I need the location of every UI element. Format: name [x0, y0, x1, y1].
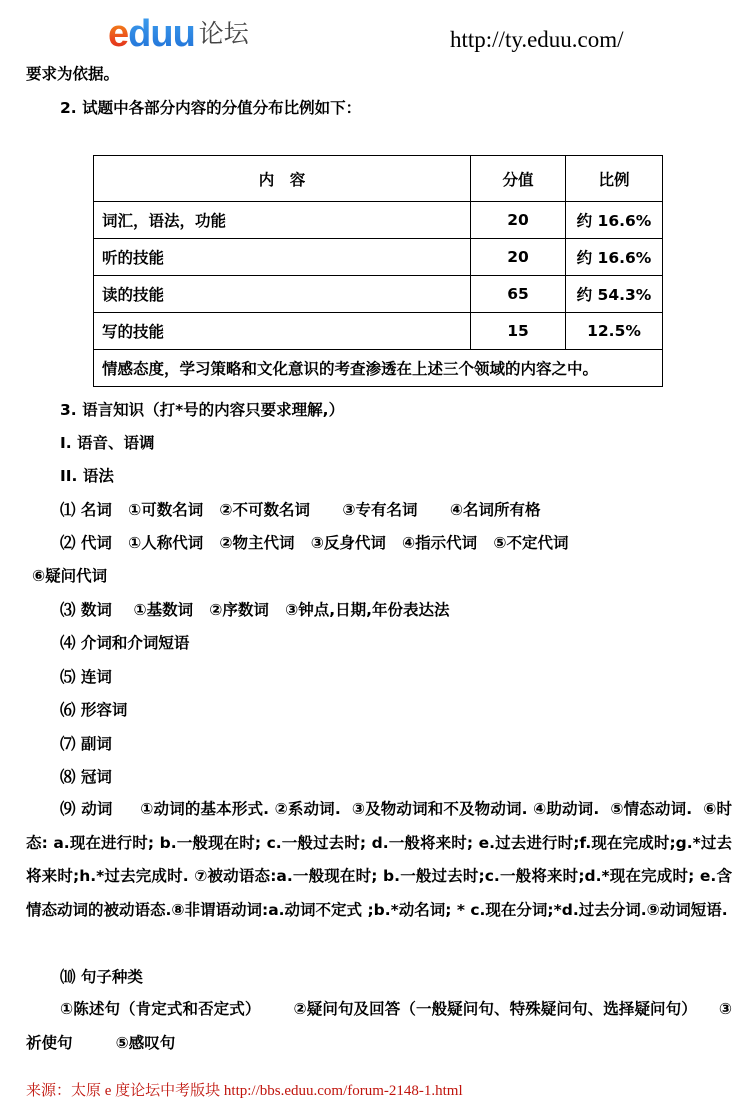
grammar-item-6: ⑹ 形容词	[60, 700, 127, 720]
table-row: 写的技能 15 12.5%	[94, 313, 663, 350]
source-footer[interactable]: 来源：太原 e 度论坛中考版块 http://bbs.eduu.com/foru…	[26, 1079, 463, 1100]
header-score: 分值	[471, 156, 566, 202]
eduu-logo: e duu 论坛	[108, 14, 249, 54]
score-distribution-table: 内 容 分值 比例 词汇，语法，功能 20 约 16.6% 听的技能 20 约 …	[93, 155, 663, 387]
row-ratio: 12.5%	[566, 313, 663, 350]
grammar-item-5: ⑸ 连词	[60, 667, 112, 687]
grammar-item-10: ⑽ 句子种类	[60, 967, 143, 987]
grammar-item-3: ⑶ 数词 ①基数词 ②序数词 ③钟点,日期,年份表达法	[60, 600, 450, 620]
grammar-item-9-verbs: ⑼ 动词 ①动词的基本形式. ②系动词. ③及物动词和不及物动词. ④助动词. …	[26, 793, 732, 927]
row-content: 听的技能	[94, 239, 471, 276]
logo-e: e	[108, 14, 128, 54]
grammar-item-4: ⑷ 介词和介词短语	[60, 633, 189, 653]
grammar-item-10-body: ①陈述句（肯定式和否定式） ②疑问句及回答（一般疑问句、特殊疑问句、选择疑问句）…	[26, 993, 732, 1060]
section-3-heading: 3. 语言知识（打*号的内容只要求理解,）	[60, 400, 344, 420]
grammar-item-7: ⑺ 副词	[60, 734, 112, 754]
grammar-item-1: ⑴ 名词 ①可数名词 ②不可数名词 ③专有名词 ④名词所有格	[60, 500, 541, 520]
grammar-item-2-cont: ⑥疑问代词	[32, 566, 107, 586]
grammar-item-2: ⑵ 代词 ①人称代词 ②物主代词 ③反身代词 ④指示代词 ⑤不定代词	[60, 533, 568, 553]
header-content: 内 容	[94, 156, 471, 202]
table-row: 读的技能 65 约 54.3%	[94, 276, 663, 313]
logo-duu: duu	[128, 14, 195, 54]
table-row: 词汇，语法，功能 20 约 16.6%	[94, 202, 663, 239]
row-score: 20	[471, 239, 566, 276]
table-header-row: 内 容 分值 比例	[94, 156, 663, 202]
row-ratio: 约 16.6%	[566, 239, 663, 276]
header-ratio: 比例	[566, 156, 663, 202]
row-ratio: 约 54.3%	[566, 276, 663, 313]
section-2-heading: 2. 试题中各部分内容的分值分布比例如下：	[60, 98, 361, 118]
table-row: 听的技能 20 约 16.6%	[94, 239, 663, 276]
intro-line: 要求为依据。	[26, 64, 119, 84]
part-2-heading: II. 语法	[60, 466, 114, 486]
row-score: 20	[471, 202, 566, 239]
table-note-row: 情感态度，学习策略和文化意识的考查渗透在上述三个领域的内容之中。	[94, 350, 663, 387]
row-content: 读的技能	[94, 276, 471, 313]
row-ratio: 约 16.6%	[566, 202, 663, 239]
table-note: 情感态度，学习策略和文化意识的考查渗透在上述三个领域的内容之中。	[94, 350, 663, 387]
row-score: 15	[471, 313, 566, 350]
row-content: 写的技能	[94, 313, 471, 350]
row-score: 65	[471, 276, 566, 313]
grammar-item-8: ⑻ 冠词	[60, 767, 112, 787]
site-url[interactable]: http://ty.eduu.com/	[450, 27, 624, 53]
row-content: 词汇，语法，功能	[94, 202, 471, 239]
part-1-heading: I. 语音、语调	[60, 433, 155, 453]
logo-forum-text: 论坛	[199, 14, 249, 54]
